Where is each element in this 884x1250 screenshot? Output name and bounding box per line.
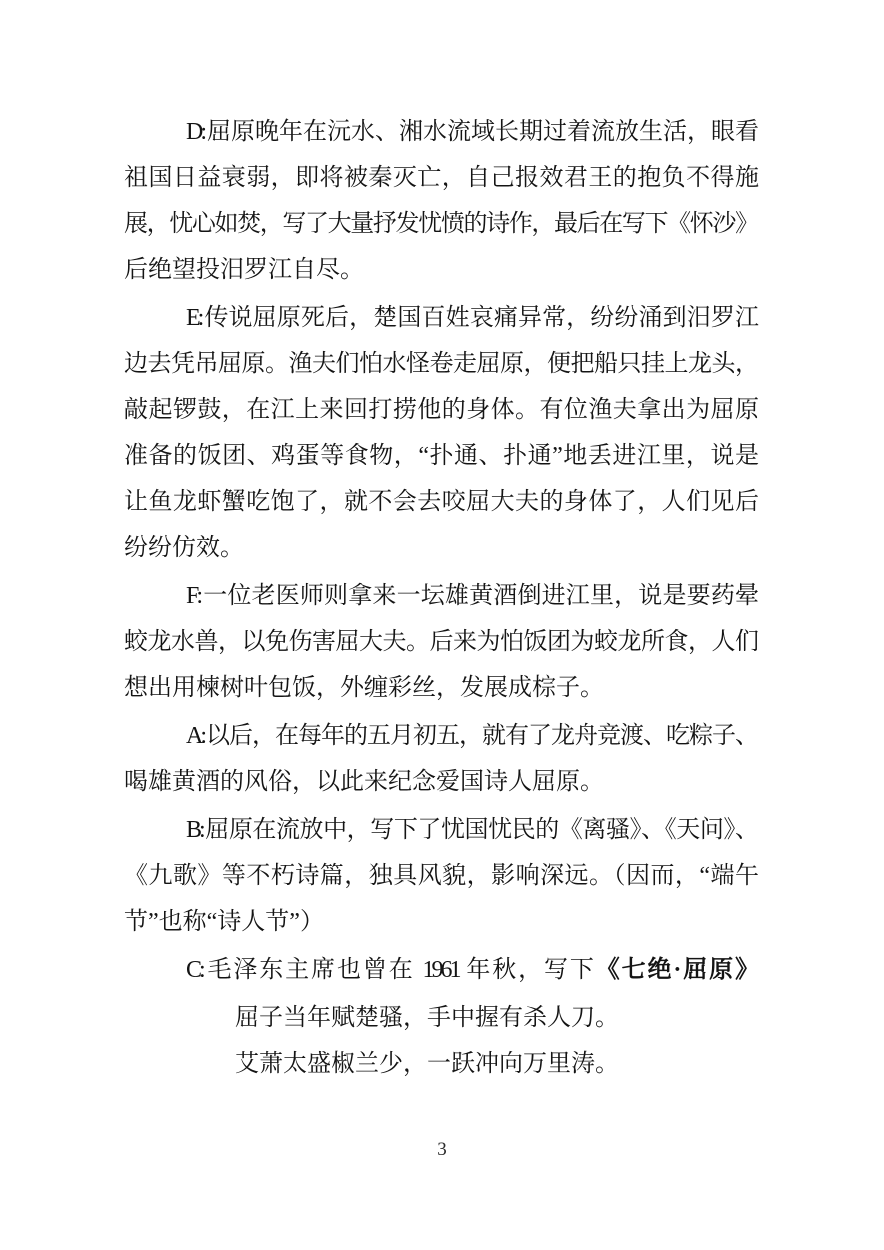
text-line: 纷纷仿效。 bbox=[124, 525, 756, 571]
text-line: F:一位老医师则拿来一坛雄黄酒倒进江里，说是要药晕 bbox=[124, 573, 756, 619]
paragraph-f: F:一位老医师则拿来一坛雄黄酒倒进江里，说是要药晕 蛟龙水兽，以免伤害屈大夫。后… bbox=[124, 573, 756, 711]
text-line: B:屈原在流放中，写下了忧国忧民的《离骚》、《天问》、 bbox=[124, 807, 756, 853]
paragraph-a: A:以后，在每年的五月初五，就有了龙舟竞渡、吃粽子、 喝雄黄酒的风俗，以此来纪念… bbox=[124, 713, 756, 805]
text-line: 节”也称“诗人节”） bbox=[124, 899, 756, 945]
c-line-prefix: C:毛泽东主席也曾在 1961 年秋，写下 bbox=[186, 957, 596, 983]
paragraph-e: E:传说屈原死后，楚国百姓哀痛异常，纷纷涌到汨罗江 边去凭吊屈原。渔夫们怕水怪卷… bbox=[124, 295, 756, 571]
poem-verse-line: 屈子当年赋楚骚，手中握有杀人刀。 bbox=[124, 995, 756, 1041]
poem-block: 屈子当年赋楚骚，手中握有杀人刀。 艾萧太盛椒兰少，一跃冲向万里涛。 bbox=[124, 995, 756, 1087]
text-line: A:以后，在每年的五月初五，就有了龙舟竞渡、吃粽子、 bbox=[124, 713, 756, 759]
text-line: 后绝望投汨罗江自尽。 bbox=[124, 247, 756, 293]
text-line: E:传说屈原死后，楚国百姓哀痛异常，纷纷涌到汨罗江 bbox=[124, 295, 756, 341]
poem-verse-line: 艾萧太盛椒兰少，一跃冲向万里涛。 bbox=[124, 1041, 756, 1087]
text-line: 想出用楝树叶包饭，外缠彩丝，发展成棕子。 bbox=[124, 665, 756, 711]
text-line: 边去凭吊屈原。渔夫们怕水怪卷走屈原，便把船只挂上龙头， bbox=[124, 341, 756, 387]
text-line: 祖国日益衰弱，即将被秦灭亡，自己报效君王的抱负不得施 bbox=[124, 155, 756, 201]
page-number: 3 bbox=[0, 1138, 884, 1162]
poem-title-bold: 《七绝·屈原》 bbox=[596, 957, 756, 983]
document-page: D:屈原晚年在沅水、湘水流域长期过着流放生活，眼看 祖国日益衰弱，即将被秦灭亡，… bbox=[0, 0, 884, 1250]
text-line: 展，忧心如焚，写了大量抒发忧愤的诗作，最后在写下《怀沙》 bbox=[124, 201, 756, 247]
text-line: 《九歌》等不朽诗篇，独具风貌，影响深远。（因而，“端午 bbox=[124, 853, 756, 899]
paragraph-d: D:屈原晚年在沅水、湘水流域长期过着流放生活，眼看 祖国日益衰弱，即将被秦灭亡，… bbox=[124, 109, 756, 293]
text-line: C:毛泽东主席也曾在 1961 年秋，写下《七绝·屈原》 bbox=[124, 947, 756, 993]
text-line: 让鱼龙虾蟹吃饱了，就不会去咬屈大夫的身体了，人们见后 bbox=[124, 479, 756, 525]
text-line: 敲起锣鼓，在江上来回打捞他的身体。有位渔夫拿出为屈原 bbox=[124, 387, 756, 433]
text-line: 喝雄黄酒的风俗，以此来纪念爱国诗人屈原。 bbox=[124, 759, 756, 805]
text-line: 蛟龙水兽，以免伤害屈大夫。后来为怕饭团为蛟龙所食，人们 bbox=[124, 619, 756, 665]
paragraph-b: B:屈原在流放中，写下了忧国忧民的《离骚》、《天问》、 《九歌》等不朽诗篇，独具… bbox=[124, 807, 756, 945]
paragraph-c: C:毛泽东主席也曾在 1961 年秋，写下《七绝·屈原》 bbox=[124, 947, 756, 993]
text-line: 准备的饭团、鸡蛋等食物，“扑通、扑通”地丢进江里，说是 bbox=[124, 433, 756, 479]
text-line: D:屈原晚年在沅水、湘水流域长期过着流放生活，眼看 bbox=[124, 109, 756, 155]
document-body: D:屈原晚年在沅水、湘水流域长期过着流放生活，眼看 祖国日益衰弱，即将被秦灭亡，… bbox=[124, 109, 756, 1087]
